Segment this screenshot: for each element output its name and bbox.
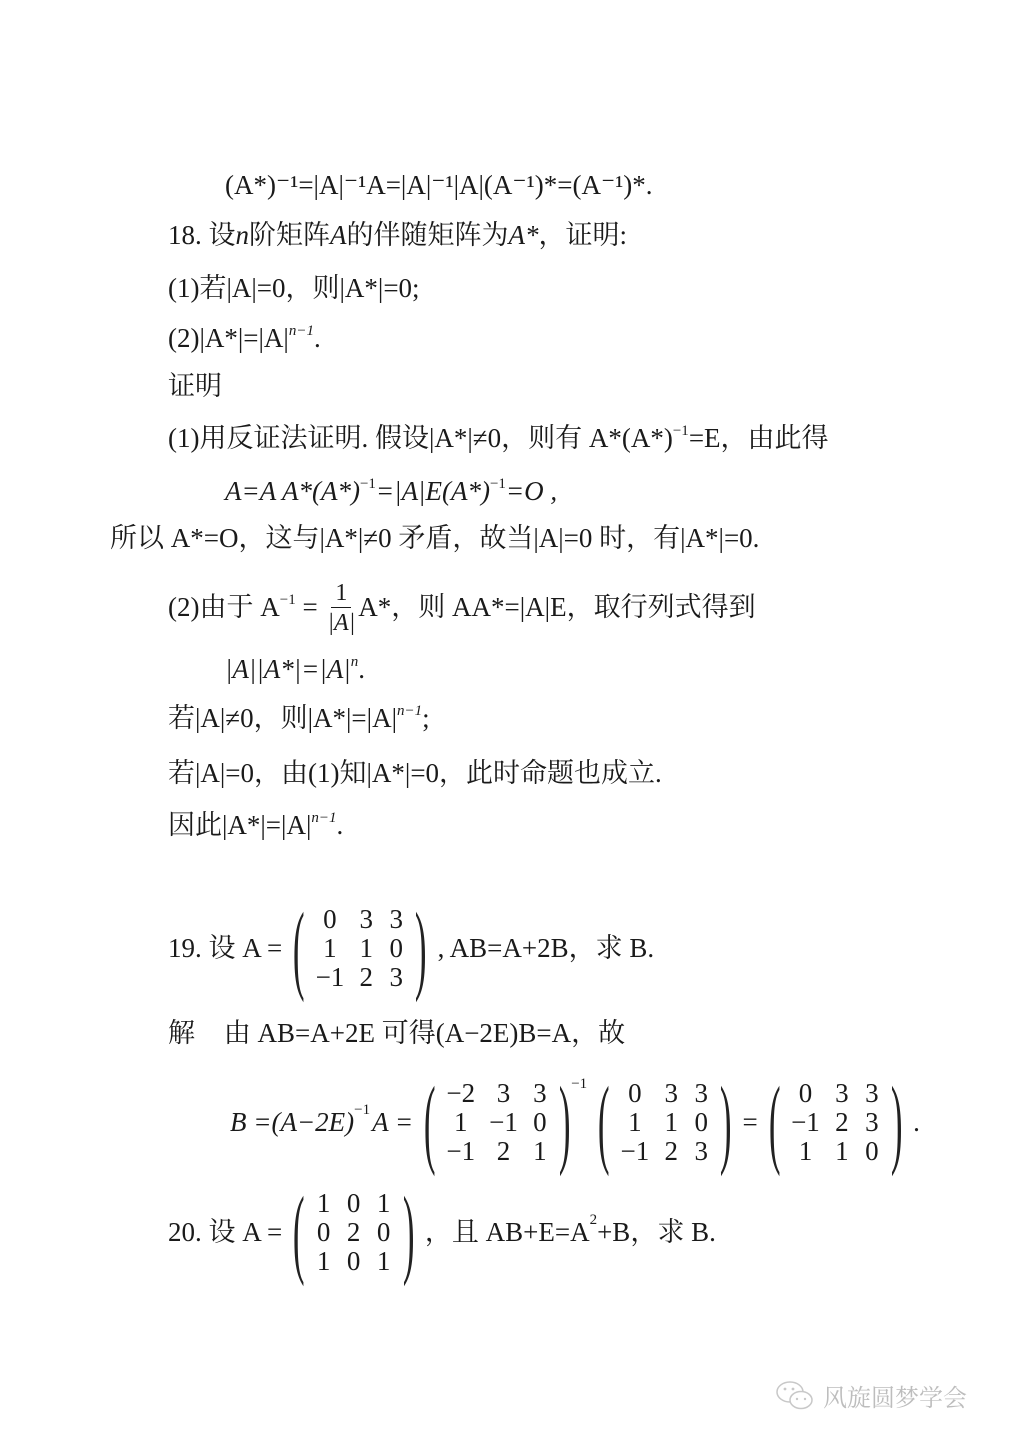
matrix-cell: 0	[388, 935, 404, 962]
superscript: n−1	[311, 810, 336, 826]
solution-19-equation: B =(A−2E)−1A = ( −2331−10−121 ) −1 ( 033…	[230, 1072, 920, 1172]
matrix-cell: 1	[834, 1138, 850, 1165]
question-text: 设	[209, 220, 236, 250]
matrix-cell: 3	[388, 964, 404, 991]
text: =	[296, 592, 325, 622]
superscript: 2	[590, 1213, 598, 1228]
equals: =	[743, 1109, 758, 1136]
superscript: −1	[673, 423, 689, 439]
inverse-superscript: −1	[571, 1077, 587, 1092]
watermark: 风旋圆梦学会	[775, 1378, 967, 1413]
matrix-A: ( 101020101 )	[282, 1182, 425, 1282]
var-A: A	[330, 220, 347, 250]
matrix-cell: 3	[834, 1080, 850, 1107]
matrix-cell: 0	[791, 1080, 820, 1107]
matrix-cell: 1	[376, 1190, 392, 1217]
proof-part-2-equation: |A||A*|=|A|n.	[225, 656, 365, 683]
right-paren: )	[402, 1182, 414, 1282]
right-paren: )	[415, 898, 427, 998]
matrix-cell: −1	[620, 1138, 649, 1165]
matrix-cell: 1	[358, 935, 374, 962]
matrix-cell: 1	[376, 1248, 392, 1275]
matrix-cell: 2	[663, 1138, 679, 1165]
question-number: 18.	[168, 220, 202, 250]
proof-part-1-equation: A=A A*(A*)−1=|A|E(A*)−1=O ,	[225, 478, 557, 505]
question-suffix: , AB=A+2B，求 B.	[438, 935, 655, 962]
proof-case-zero: 若|A|=0，由(1)知|A*|=0，此时命题也成立.	[168, 760, 662, 787]
proof-conclusion: 因此|A*|=|A|n−1.	[168, 812, 343, 839]
text: B =(A−2E)	[230, 1109, 354, 1136]
matrix-cell: −1	[489, 1109, 518, 1136]
right-paren: )	[720, 1072, 732, 1172]
text: =|A|E(A*)	[376, 476, 490, 506]
matrix-grid: 033110−123	[620, 1080, 709, 1165]
matrix-cell: 0	[864, 1138, 880, 1165]
matrix-grid: 101020101	[316, 1190, 392, 1275]
matrix-cell: −2	[446, 1080, 475, 1107]
matrix-cell: 2	[489, 1138, 518, 1165]
var-n: n	[236, 220, 250, 250]
matrix-cell: −1	[316, 964, 345, 991]
question-text: 的伴随矩阵为	[347, 220, 509, 250]
matrix-cell: 3	[864, 1080, 880, 1107]
matrix-cell: 3	[693, 1138, 709, 1165]
question-prefix: 20. 设 A =	[168, 1219, 282, 1246]
matrix-grid: 033−123110	[791, 1080, 880, 1165]
matrix-cell: 1	[663, 1109, 679, 1136]
superscript: −1	[360, 476, 376, 492]
matrix-cell: 2	[358, 964, 374, 991]
matrix-cell: 0	[376, 1219, 392, 1246]
proof-heading: 证明	[168, 373, 222, 400]
text: 若|A|≠0，则|A*|=|A|	[168, 703, 397, 733]
matrix-cell: 0	[346, 1248, 362, 1275]
text: (2)|A*|=|A|	[168, 323, 289, 353]
proof-part-1: (1)用反证法证明. 假设|A*|≠0，则有 A*(A*)−1=E，由此得	[168, 425, 829, 452]
fraction-numerator: 1	[331, 581, 351, 608]
question-text: ，证明:	[539, 220, 628, 250]
matrix-cell: 3	[532, 1080, 548, 1107]
superscript: −1	[354, 1103, 370, 1118]
matrix-A: ( 033110−123 )	[587, 1072, 742, 1172]
text: (2)由于 A	[168, 592, 280, 622]
wechat-icon	[775, 1380, 815, 1412]
superscript: −1	[490, 476, 506, 492]
question-suffix: +B，求 B.	[597, 1219, 716, 1246]
left-paren: (	[769, 1072, 781, 1172]
watermark-text: 风旋圆梦学会	[823, 1378, 967, 1413]
matrix-cell: 2	[346, 1219, 362, 1246]
superscript: −1	[280, 592, 296, 608]
matrix-cell: 1	[316, 1190, 332, 1217]
text: A*，则 AA*=|A|E，取行列式得到	[358, 592, 755, 622]
question-19: 19. 设 A = ( 033110−123 ) , AB=A+2B，求 B.	[168, 898, 654, 998]
matrix-cell: 1	[316, 1248, 332, 1275]
text: =O ,	[506, 476, 557, 506]
left-paren: (	[598, 1072, 610, 1172]
matrix-grid: −2331−10−121	[446, 1080, 547, 1165]
matrix-cell: 2	[834, 1109, 850, 1136]
question-prefix: 19. 设 A =	[168, 935, 282, 962]
matrix-cell: −1	[791, 1109, 820, 1136]
var-Astar: A*	[509, 220, 539, 250]
fraction-denominator: |A|	[327, 608, 355, 635]
period: .	[913, 1109, 920, 1136]
proof-part-1-conclusion: 所以 A*=O，这与|A*|≠0 矛盾，故当|A|=0 时，有|A*|=0.	[110, 525, 759, 552]
text: |A||A*|=|A|	[225, 654, 351, 684]
matrix-cell: −1	[446, 1138, 475, 1165]
matrix-B: ( 033−123110 )	[758, 1072, 913, 1172]
matrix-cell: 0	[620, 1080, 649, 1107]
left-paren: (	[424, 1072, 436, 1172]
matrix-cell: 3	[693, 1080, 709, 1107]
question-suffix: ，且 AB+E=A	[425, 1219, 590, 1246]
text: ;	[422, 703, 430, 733]
matrix-grid: 033110−123	[316, 906, 405, 991]
superscript: n	[351, 654, 359, 670]
text: =E，由此得	[689, 423, 829, 453]
superscript: n−1	[397, 703, 422, 719]
solution-label: 解	[168, 1018, 195, 1048]
question-20: 20. 设 A = ( 101020101 ) ，且 AB+E=A2+B，求 B…	[168, 1182, 716, 1282]
matrix-cell: 0	[316, 1219, 332, 1246]
text: 因此|A*|=|A|	[168, 810, 311, 840]
text: .	[314, 323, 321, 353]
proof-case-nonzero: 若|A|≠0，则|A*|=|A|n−1;	[168, 705, 430, 732]
matrix-cell: 3	[663, 1080, 679, 1107]
question-18-part-1: (1)若|A|=0，则|A*|=0;	[168, 275, 420, 302]
matrix-cell: 3	[358, 906, 374, 933]
matrix-cell: 3	[864, 1109, 880, 1136]
matrix-cell: 1	[620, 1109, 649, 1136]
superscript: n−1	[289, 323, 314, 339]
matrix-cell: 1	[446, 1109, 475, 1136]
right-paren: )	[559, 1072, 571, 1172]
matrix-cell: 1	[316, 935, 345, 962]
matrix-cell: 3	[388, 906, 404, 933]
left-paren: (	[293, 1182, 305, 1282]
text: (1)用反证法证明. 假设|A*|≠0，则有 A*(A*)	[168, 423, 673, 453]
proof-part-2: (2)由于 A−1 = 1|A|A*，则 AA*=|A|E，取行列式得到	[168, 583, 756, 637]
matrix-A-minus-2E: ( −2331−10−121 )	[413, 1072, 581, 1172]
text: A=A A*(A*)	[225, 476, 360, 506]
left-paren: (	[293, 898, 305, 998]
equation-adjugate-inverse: (A*)⁻¹=|A|⁻¹A=|A|⁻¹|A|(A⁻¹)*=(A⁻¹)*.	[225, 172, 653, 199]
question-18: 18. 设n阶矩阵A的伴随矩阵为A*，证明:	[168, 222, 627, 249]
matrix-cell: 3	[489, 1080, 518, 1107]
text: A =	[372, 1109, 413, 1136]
matrix-A: ( 033110−123 )	[282, 898, 437, 998]
fraction: 1|A|	[327, 581, 355, 635]
matrix-cell: 0	[532, 1109, 548, 1136]
matrix-cell: 0	[316, 906, 345, 933]
solution-19: 解 由 AB=A+2E 可得(A−2E)B=A，故	[168, 1020, 625, 1047]
question-text: 阶矩阵	[249, 220, 330, 250]
text: .	[336, 810, 343, 840]
matrix-cell: 0	[346, 1190, 362, 1217]
matrix-cell: 1	[791, 1138, 820, 1165]
solution-text: 由 AB=A+2E 可得(A−2E)B=A，故	[224, 1018, 625, 1048]
matrix-cell: 1	[532, 1138, 548, 1165]
right-paren: )	[891, 1072, 903, 1172]
text: .	[358, 654, 365, 684]
matrix-cell: 0	[693, 1109, 709, 1136]
question-18-part-2: (2)|A*|=|A|n−1.	[168, 325, 321, 352]
